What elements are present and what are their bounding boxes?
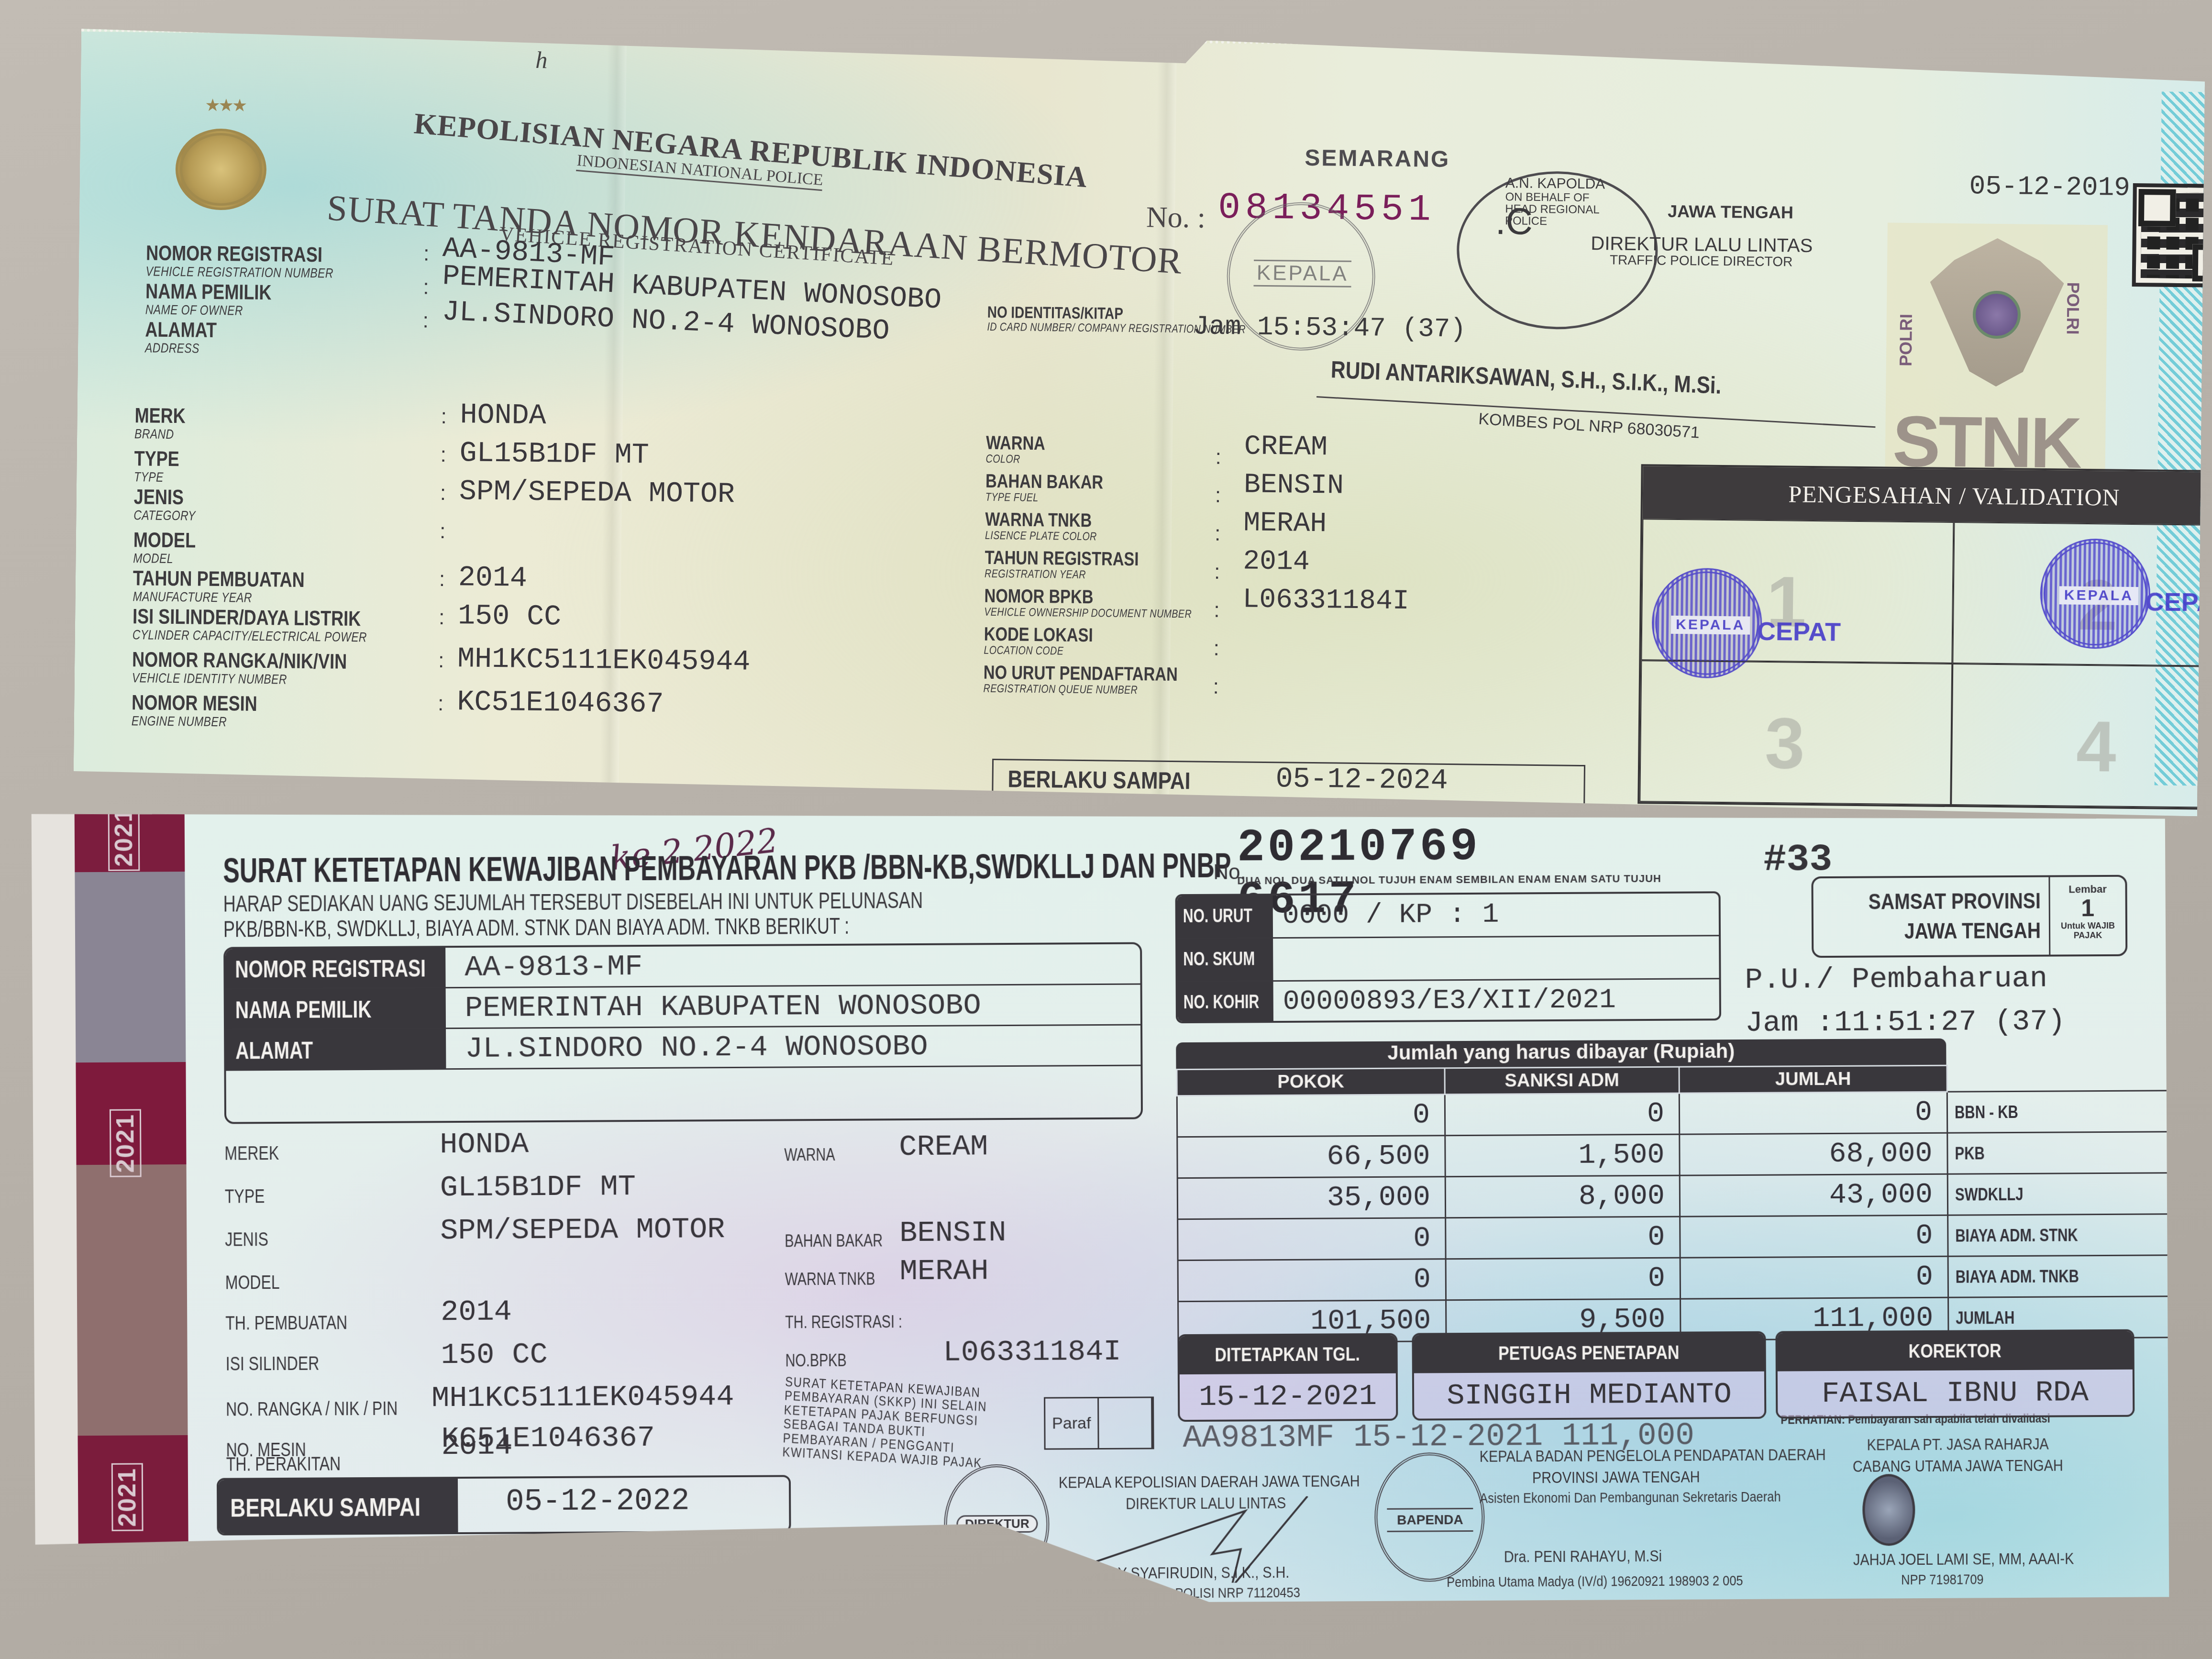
field-separator: : — [440, 481, 446, 505]
fee-cell-jumlah: 0 — [1679, 1092, 1947, 1134]
official-value: 15-12-2021 — [1180, 1373, 1396, 1420]
jasa-raharja-signatory-name: JAHJA JOEL LAMI SE, MM, AAAI-K — [1853, 1549, 2074, 1569]
reference-id-row: NO. KOHIR00000893/E3/XII/2021 — [1178, 979, 1719, 1023]
jasa-raharja-branch: CABANG UTAMA JAWA TENGAH — [1853, 1456, 2063, 1476]
vehicle-value: HONDA — [440, 1127, 529, 1161]
owner-row: ALAMATJL.SINDORO NO.2-4 WONOSOBO — [226, 1026, 1140, 1071]
vehicle-label: NO.BPKB — [785, 1350, 847, 1371]
field-value: 2014 — [458, 562, 528, 595]
vehicle-value: GL15B1DF MT — [440, 1170, 636, 1205]
fee-cell-pokok: 0 — [1178, 1259, 1446, 1302]
validation-cell: 2KEPALACEPAT — [1952, 522, 2212, 667]
field-label: TAHUN PEMBUATANMANUFACTURE YEAR — [133, 568, 305, 605]
owner-row: NAMA PEMILIKPEMERINTAH KABUPATEN WONOSOB… — [226, 985, 1140, 1030]
field-label: NAMA PEMILIKNAME OF OWNER — [145, 281, 272, 318]
field-separator: : — [1214, 560, 1220, 584]
police-crest-icon: ★★★ — [175, 95, 267, 206]
validation-grid: PENGESAHAN / VALIDATION 1KEPALACEPAT2KEP… — [1637, 464, 2212, 810]
reference-id-value: 0000 / KP : 1 — [1283, 899, 1499, 931]
field-label: NOMOR REGISTRASIVEHICLE REGISTRATION NUM… — [146, 243, 334, 280]
fee-column-header: JUMLAH — [1679, 1065, 1947, 1093]
sheet-indicator: Lembar 1 Untuk WAJIB PAJAK — [2048, 877, 2125, 955]
vehicle-label: MEREK — [224, 1143, 279, 1165]
vehicle-label: NO. RANGKA / NIK / PIN — [226, 1398, 398, 1421]
field-value: SPM/SEPEDA MOTOR — [459, 476, 735, 511]
police-signature-block: DIREKTUR KEPALA KEPOLISIAN DAERAH JAWA T… — [944, 1452, 1447, 1598]
field-separator: : — [438, 649, 444, 673]
police-signatory-name: M. RUDY SYAFIRUDIN, S.I.K., S.H. — [1069, 1563, 1290, 1583]
fee-row-label-header — [1947, 1064, 2172, 1092]
polri-text: POLRI — [1896, 314, 1916, 366]
vehicle-label: WARNA — [784, 1145, 835, 1165]
vehicle-label: TH. PERAKITAN — [226, 1453, 341, 1475]
fee-row: 000BIAYA ADM. STNK — [1178, 1214, 2173, 1261]
field-value: 2014 — [1243, 546, 1310, 577]
field-separator: : — [440, 443, 446, 467]
field-separator: : — [438, 692, 444, 716]
field-value: 150 CC — [458, 600, 562, 633]
vehicle-label: TH. PEMBUATAN — [225, 1312, 347, 1334]
field-separator: : — [1214, 598, 1220, 622]
fee-table: Jumlah yang harus dibayar (Rupiah) POKOK… — [1176, 1037, 2172, 1343]
field-label: WARNACOLOR — [986, 433, 1046, 465]
owner-value: JL.SINDORO NO.2-4 WONOSOBO — [465, 1029, 928, 1066]
samsat-office-box: SAMSAT PROVINSI JAWA TENGAH Lembar 1 Unt… — [1811, 875, 2127, 958]
field-separator: : — [1213, 637, 1219, 661]
fee-cell-jumlah: 0 — [1680, 1215, 1948, 1258]
field-separator: : — [423, 242, 430, 266]
fee-cell-pokok: 35,000 — [1177, 1177, 1445, 1219]
field-label: WARNA TNKBLISENCE PLATE COLOR — [985, 510, 1097, 542]
field-separator: : — [1215, 445, 1221, 469]
owner-info-box: NOMOR REGISTRASIAA-9813-MFNAMA PEMILIKPE… — [223, 942, 1143, 1124]
field-value: L06331184I — [1242, 584, 1409, 617]
official-label: KOREKTOR — [1777, 1331, 2132, 1371]
field-value: MH1KC5111EK045944 — [457, 643, 751, 678]
field-label: TAHUN REGISTRASIREGISTRATION YEAR — [984, 548, 1139, 581]
stars-icon: ★★★ — [205, 95, 245, 116]
fee-cell-pokok: 66,500 — [1177, 1136, 1445, 1178]
initials-box: Paraf — [1044, 1396, 1154, 1449]
vehicle-label: JENIS — [225, 1229, 268, 1250]
official-box: DITETAPKAN TGL.15-12-2021 — [1177, 1333, 1398, 1422]
position-label: DIREKTUR LALU LINTAS TRAFFIC POLICE DIRE… — [1591, 234, 1813, 269]
fee-cell-jumlah: 43,000 — [1680, 1174, 1947, 1217]
vehicle-value: MERAH — [900, 1254, 989, 1288]
jasa-raharja-logo-icon — [1862, 1474, 1915, 1546]
validation-stamp-icon: KEPALACEPAT — [2040, 538, 2151, 649]
vehicle-fields-left: NOMOR REGISTRASIVEHICLE REGISTRATION NUM… — [81, 32, 2205, 54]
expiry-date: 05-12-2022 — [506, 1484, 689, 1520]
validation-cell: 3 — [1639, 660, 1952, 805]
field-value: GL15B1DF MT — [459, 437, 649, 472]
owner-value: AA-9813-MF — [465, 950, 642, 984]
expiry-label: BERLAKU SAMPAI — [230, 1492, 420, 1523]
bapenda-province: PROVINSI JAWA TENGAH — [1532, 1468, 1700, 1487]
vehicle-value: 2014 — [441, 1294, 512, 1329]
field-separator: : — [439, 567, 445, 591]
reference-ids-box: NO. URUT0000 / KP : 1NO. SKUMNO. KOHIR00… — [1175, 891, 1721, 1023]
vehicle-value: 2014 — [441, 1428, 512, 1463]
bapenda-title: KEPALA BADAN PENGELOLA PENDAPATAN DAERAH — [1480, 1446, 1826, 1466]
police-signatory-rank: KOMISARIS BESAR POLISI NRP 71120453 — [1059, 1585, 1300, 1603]
field-separator: : — [1215, 522, 1221, 546]
field-separator: : — [439, 606, 445, 630]
field-label: ALAMATADDRESS — [145, 319, 217, 355]
reference-id-row: NO. URUT0000 / KP : 1 — [1177, 893, 1719, 939]
field-label: NOMOR RANGKA/NIK/VINVEHICLE IDENTITY NUM… — [132, 649, 347, 687]
handwritten-mark: h — [535, 46, 548, 74]
vehicle-label: TH. REGISTRASI : — [785, 1312, 902, 1332]
field-value: HONDA — [460, 399, 546, 432]
hologram-strip: 2021 2021 2021 — [75, 813, 188, 1546]
instructions: HARAP SEDIAKAN UANG SEJUMLAH TERSEBUT DI… — [223, 888, 923, 942]
field-separator: : — [1215, 484, 1221, 508]
owner-value: PEMERINTAH KABUPATEN WONOSOBO — [465, 988, 981, 1025]
fee-cell-jumlah: 0 — [1680, 1256, 1948, 1299]
vehicle-label: ISI SILINDER — [226, 1353, 320, 1375]
initials-field — [1099, 1398, 1153, 1448]
official-label: PETUGAS PENETAPAN — [1414, 1333, 1764, 1373]
vehicle-label: BAHAN BAKAR — [785, 1230, 883, 1251]
polri-emblem: POLRI POLRI STNK — [1885, 223, 2108, 474]
reference-id-label: NO. KOHIR — [1178, 982, 1273, 1023]
official-box: KOREKTORFAISAL IBNU RDA — [1775, 1329, 2135, 1419]
police-title: KEPALA KEPOLISIAN DAERAH JAWA TENGAH — [1059, 1472, 1360, 1492]
validation-title: PENGESAHAN / VALIDATION — [1642, 466, 2212, 525]
field-value: CREAM — [1244, 431, 1328, 464]
fee-cell-pokok: 0 — [1177, 1095, 1445, 1137]
expiry-label-en: DATE OF EXPIRE — [1007, 795, 1117, 811]
field-separator: : — [441, 405, 447, 429]
owner-row: NOMOR REGISTRASIAA-9813-MF — [225, 944, 1140, 990]
field-label: JENISCATEGORY — [133, 487, 196, 522]
fee-column-header: SANKSI ADM — [1445, 1067, 1679, 1095]
vehicle-label: TYPE — [225, 1186, 265, 1207]
vehicle-fields-right: WARNACOLOR:CREAMBAHAN BAKARTYPE FUEL:BEN… — [81, 32, 2205, 54]
field-label: NOMOR MESINENGINE NUMBER — [132, 692, 257, 729]
field-value: KC51E1046367 — [457, 686, 664, 721]
fee-row: 000BBN - KB — [1177, 1091, 2172, 1137]
print-time: Jam 15:53:47 (37) — [1193, 311, 1466, 344]
fee-cell-sanksi: 0 — [1446, 1217, 1680, 1259]
vehicle-value: SPM/SEPEDA MOTOR — [440, 1212, 725, 1248]
transaction-time: Jam :11:51:27 (37) — [1745, 1004, 2066, 1040]
owner-label: NAMA PEMILIK — [226, 988, 446, 1029]
field-value: MERAH — [1243, 508, 1327, 540]
jasa-raharja-npp: NPP 71981709 — [1901, 1571, 1984, 1588]
vehicle-value: L06331184I — [943, 1335, 1121, 1370]
vehicle-value: BENSIN — [899, 1216, 1006, 1250]
document-title: SURAT KETETAPAN KEWAJIBAN PEMBAYARAN PKB… — [223, 846, 1231, 891]
serial-label: No. : — [1146, 200, 1206, 235]
official-value: SINGGIH MEDIANTO — [1414, 1371, 1764, 1419]
region-label: JAWA TENGAH — [1668, 201, 1793, 223]
owner-label: ALAMAT — [226, 1029, 446, 1069]
field-separator: : — [1213, 675, 1219, 699]
bapenda-signatory-name: Dra. PENI RAHAYU, M.Si — [1504, 1547, 1662, 1567]
vehicle-value: 150 CC — [441, 1338, 548, 1372]
field-label: MERKBRAND — [134, 405, 186, 441]
on-behalf-label: A.N. KAPOLDA ON BEHALF OF HEAD REGIONAL … — [1505, 176, 1620, 228]
field-label: BAHAN BAKARTYPE FUEL — [985, 472, 1104, 505]
field-separator: : — [440, 520, 446, 543]
field-label: MODELMODEL — [133, 530, 196, 565]
bapenda-signatory-rank: Pembina Utama Madya (IV/d) 19620921 1989… — [1447, 1573, 1743, 1591]
fee-cell-sanksi: 0 — [1445, 1093, 1679, 1136]
reference-id-label: NO. SKUM — [1177, 939, 1273, 981]
issuing-city: SEMARANG — [1305, 145, 1450, 173]
vehicle-label: WARNA TNKB — [785, 1269, 875, 1289]
validation-cell: 1KEPALACEPAT — [1641, 519, 1954, 664]
fee-row-label: BIAYA ADM. TNKB — [1948, 1255, 2173, 1297]
owner-row-blank — [226, 1066, 1141, 1112]
vehicle-value: MH1KC5111EK045944 — [431, 1380, 734, 1415]
owner-label: NOMOR REGISTRASI — [225, 948, 445, 988]
fee-row: 66,5001,50068,000PKB — [1177, 1132, 2172, 1178]
field-label: NOMOR BPKBVEHICLE OWNERSHIP DOCUMENT NUM… — [984, 586, 1192, 620]
initials-label: Paraf — [1045, 1398, 1099, 1449]
field-separator: : — [423, 276, 429, 299]
validation-cell: 4 — [1951, 664, 2212, 808]
fee-table-caption: Jumlah yang harus dibayar (Rupiah) — [1176, 1039, 1946, 1069]
expiry-date: 05-12-2024 — [1275, 763, 1448, 797]
bapenda-subtitle: Asisten Ekonomi Dan Pembangunan Sekretar… — [1480, 1489, 1781, 1507]
skkp-tax-assessment-notice: 2021 2021 2021 ke 2 2022 SURAT KETETAPAN… — [32, 803, 2169, 1608]
field-label: NO URUT PENDAFTARANREGISTRATION QUEUE NU… — [984, 663, 1178, 697]
vehicle-value: CREAM — [899, 1129, 988, 1164]
fee-row-label: BBN - KB — [1947, 1091, 2172, 1133]
emblem-icon — [175, 128, 267, 210]
official-value: FAISAL IBNU RDA — [1778, 1370, 2133, 1417]
signatory-name: RUDI ANTARIKSAWAN, S.H., S.I.K., M.Si. — [1330, 355, 1722, 399]
fee-cell-sanksi: 8,000 — [1445, 1175, 1680, 1218]
bapenda-stamp-icon: BAPENDA — [1374, 1452, 1485, 1582]
cell-number: 4 — [2076, 705, 2116, 788]
fee-row-label: PKB — [1947, 1132, 2172, 1174]
reference-id-label: NO. URUT — [1177, 896, 1273, 938]
polri-text: POLRI — [2063, 282, 2083, 334]
fee-row: 000BIAYA ADM. TNKB — [1178, 1255, 2173, 1302]
fee-cell-sanksi: 1,500 — [1445, 1134, 1680, 1177]
field-label: KODE LOKASILOCATION CODE — [984, 625, 1093, 657]
transaction-type: P.U./ Pembaharuan — [1745, 962, 2047, 997]
reference-id-row: NO. SKUM — [1177, 936, 1719, 982]
fee-row-label: BIAYA ADM. STNK — [1948, 1214, 2173, 1256]
stnk-vehicle-registration-certificate: h ★★★ KEPOLISIAN NEGARA REPUBLIK INDONES… — [73, 29, 2205, 816]
field-separator: : — [422, 309, 429, 333]
direktur-stamp-icon: DIREKTUR — [944, 1464, 1050, 1584]
official-label: DITETAPKAN TGL. — [1179, 1335, 1395, 1374]
expiry-box: BERLAKU SAMPAI 05-12-2022 — [217, 1475, 791, 1535]
vehicle-label: MODEL — [225, 1272, 280, 1294]
field-label: ISI SILINDER/DAYA LISTRIKCYLINDER CAPACI… — [133, 606, 367, 644]
wheel-icon — [1972, 290, 2021, 339]
official-box: PETUGAS PENETAPANSINGGIH MEDIANTO — [1412, 1331, 1766, 1421]
field-value: BENSIN — [1244, 470, 1344, 502]
expiry-label: BERLAKU SAMPAI — [1007, 765, 1190, 795]
fee-cell-sanksi: 0 — [1446, 1258, 1680, 1300]
fee-row: 35,0008,00043,000SWDKLLJ — [1177, 1173, 2172, 1219]
fee-cell-jumlah: 68,000 — [1680, 1133, 1947, 1175]
fee-cell-pokok: 0 — [1178, 1218, 1446, 1261]
fee-column-header: POKOK — [1177, 1068, 1445, 1096]
fee-row-label: SWDKLLJ — [1947, 1173, 2172, 1215]
field-label: TYPETYPE — [134, 448, 179, 484]
reference-id-value: 00000893/E3/XII/2021 — [1283, 984, 1616, 1018]
cell-number: 3 — [1764, 702, 1805, 785]
issue-date: 05-12-2019 — [1969, 171, 2130, 203]
jasa-raharja-title: KEPALA PT. JASA RAHARJA — [1867, 1435, 2049, 1455]
qr-code-icon — [2136, 187, 2212, 284]
